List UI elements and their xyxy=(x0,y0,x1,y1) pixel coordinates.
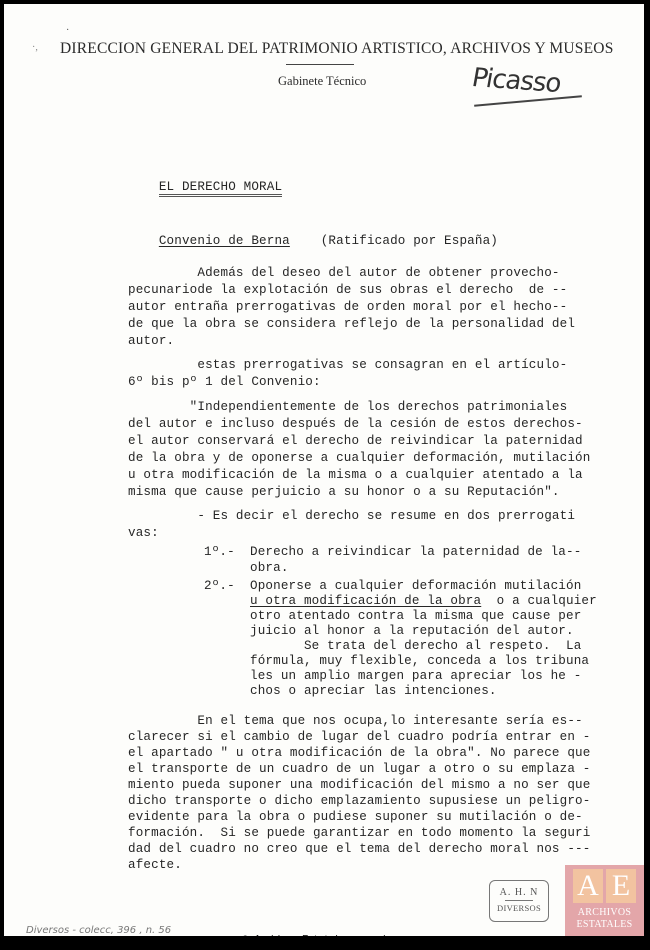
text-line: Derecho a reivindicar la paternidad de l… xyxy=(250,545,581,560)
text-line: el autor conservará el derecho de reivin… xyxy=(128,434,583,449)
archive-stamp: A. H. N DIVERSOS xyxy=(489,880,549,922)
text-line: el apartado " u otra modificación de la … xyxy=(128,746,590,761)
text-line: autor. xyxy=(128,334,174,349)
text-line: - Es decir el derecho se resume en dos p… xyxy=(128,509,575,524)
text-line: estas prerrogativas se consagran en el a… xyxy=(128,358,567,373)
logo-letter-e: E xyxy=(606,869,636,903)
list-item-number: 1º.- xyxy=(204,545,235,560)
copyright-notice: © Archivos Estatales, mecd.es xyxy=(240,934,401,936)
text-line: de que la obra se considera reflejo de l… xyxy=(128,317,575,332)
handwritten-signature: Picasso xyxy=(469,63,563,99)
text-line: pecunariode la explotación de sus obras … xyxy=(128,283,567,298)
margin-mark: ·, xyxy=(32,42,38,53)
text-line: del autor e incluso después de la cesión… xyxy=(128,417,583,432)
archivos-estatales-logo: A E ARCHIVOS ESTATALES xyxy=(565,865,644,936)
text-line: afecte. xyxy=(128,858,182,873)
text-line: el transporte de un cuadro de un lugar a… xyxy=(128,762,590,777)
text-line: miento pueda suponer una modificación de… xyxy=(128,778,590,793)
logo-text-1: ARCHIVOS xyxy=(565,907,644,918)
header-divider xyxy=(286,64,354,65)
text-line: Oponerse a cualquier deformación mutilac… xyxy=(250,579,581,594)
text-line: 6º bis pº 1 del Convenio: xyxy=(128,375,321,390)
text-line: formación. Si se puede garantizar en tod… xyxy=(128,826,590,841)
text-line: les un amplio margen para apreciar los h… xyxy=(250,669,581,684)
underlined-phrase: u otra modificación de la obra xyxy=(250,594,481,608)
text-line: "Independientemente de los derechos patr… xyxy=(128,400,567,415)
text-line: fórmula, muy flexible, conceda a los tri… xyxy=(250,654,589,669)
text-line: dicho transporte o dicho emplazamiento s… xyxy=(128,794,590,809)
text-line: evidente para la obra o pudiese suponer … xyxy=(128,810,583,825)
signature-underline xyxy=(474,95,582,106)
stamp-line-2: DIVERSOS xyxy=(490,903,548,913)
ink-speck: · xyxy=(66,25,69,36)
text-line: de la obra y de oponerse a cualquier def… xyxy=(128,451,590,466)
logo-text-2: ESTATALES xyxy=(565,919,644,930)
convention-note: (Ratificado por España) xyxy=(321,234,498,248)
stamp-divider xyxy=(505,900,533,901)
text-line: otro atentado contra la misma que cause … xyxy=(250,609,581,624)
text-line: En el tema que nos ocupa,lo interesante … xyxy=(128,714,583,729)
text-line: clarecer si el cambio de lugar del cuadr… xyxy=(128,730,590,745)
stamp-line-1: A. H. N xyxy=(490,887,548,898)
text-line: dad del cuadro no creo que el tema del d… xyxy=(128,842,590,857)
institution-heading: DIRECCION GENERAL DEL PATRIMONIO ARTISTI… xyxy=(60,40,614,58)
document-title: EL DERECHO MORAL xyxy=(128,166,282,208)
text-line: obra. xyxy=(250,561,289,576)
text-line: chos o apreciar las intenciones. xyxy=(250,684,497,699)
logo-letter-a: A xyxy=(573,869,603,903)
text-line: misma que cause perjuicio a su honor o a… xyxy=(128,485,560,500)
handwritten-reference: Diversos - colecc, 396 , n. 56 xyxy=(26,925,171,936)
text-line: vas: xyxy=(128,526,159,541)
text-line: juicio al honor a la reputación del auto… xyxy=(250,624,574,639)
text-line: u otra modificación de la misma o a cual… xyxy=(128,468,583,483)
list-item-number: 2º.- xyxy=(204,579,235,594)
document-title-text: EL DERECHO MORAL xyxy=(159,180,282,197)
text-line: u otra modificación de la obra o a cualq… xyxy=(250,594,597,609)
text-line: Además del deseo del autor de obtener pr… xyxy=(128,266,560,281)
convention-heading: Convenio de Berna (Ratificado por España… xyxy=(128,220,498,262)
department-subheading: Gabinete Técnico xyxy=(278,74,366,89)
text-line: autor entraña prerrogativas de orden mor… xyxy=(128,300,567,315)
document-page: · ·, DIRECCION GENERAL DEL PATRIMONIO AR… xyxy=(4,4,644,936)
text-line: Se trata del derecho al respeto. La xyxy=(250,639,581,654)
convention-label: Convenio de Berna xyxy=(159,234,290,248)
